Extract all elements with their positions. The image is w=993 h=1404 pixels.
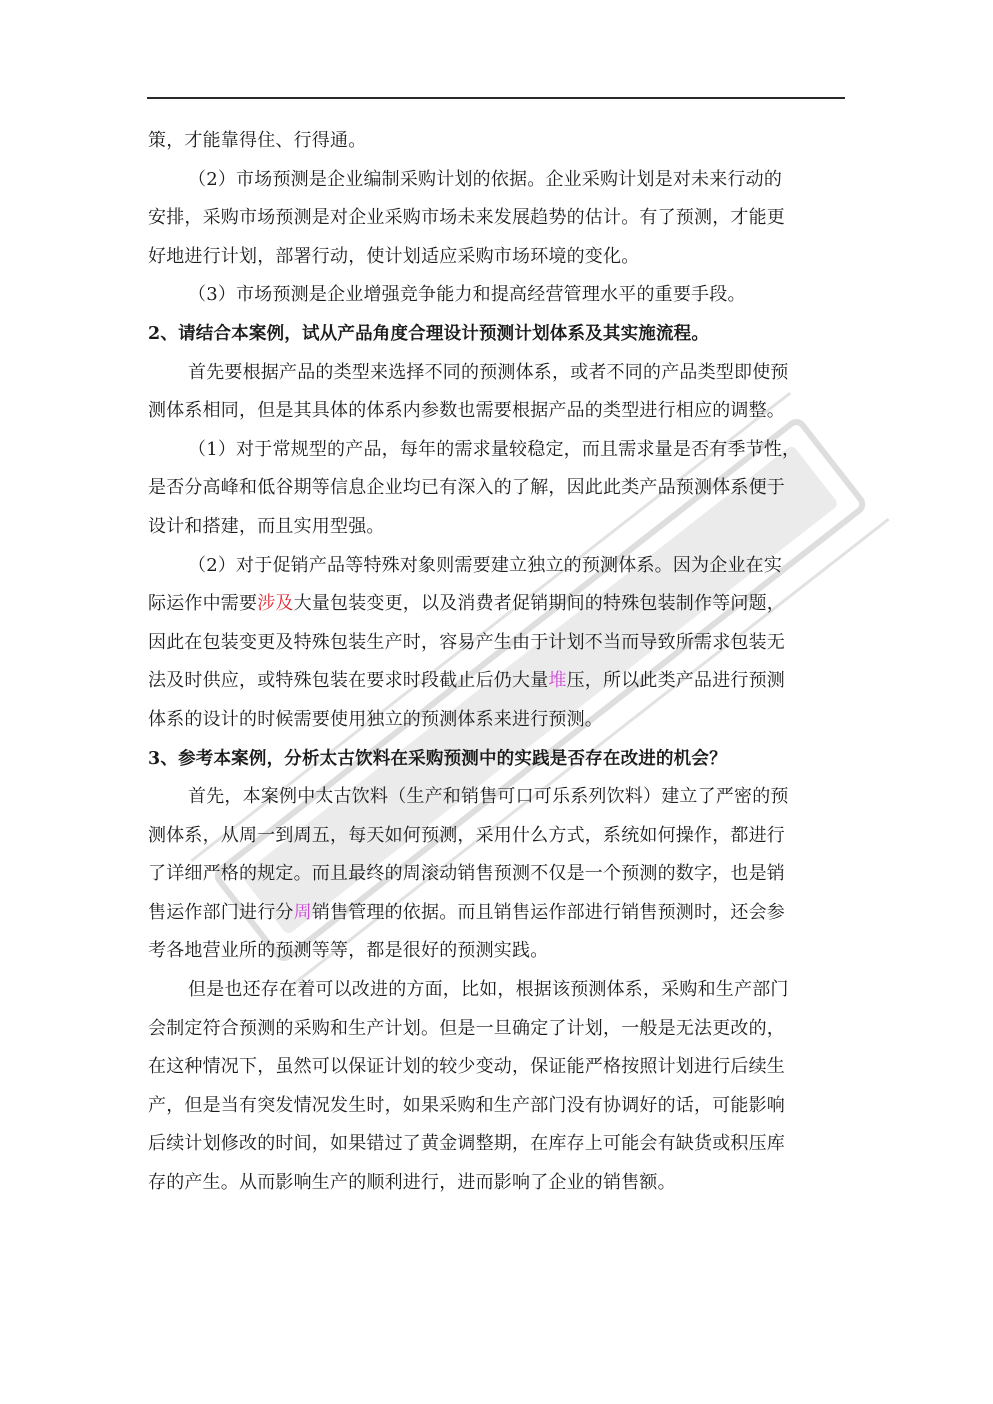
paragraph-line: 会制定符合预测的采购和生产计划。但是一旦确定了计划，一般是无法更改的， xyxy=(148,1010,845,1049)
paragraph-line: （1）对于常规型的产品，每年的需求量较稳定，而且需求量是否有季节性， xyxy=(148,431,845,470)
text-segment: 设计和搭建，而且实用型强。 xyxy=(148,516,385,537)
text-segment: 首先，本案例中太古饮料（生产和销售可口可乐系列饮料）建立了严密的预 xyxy=(188,786,789,807)
text-segment: 在这种情况下，虽然可以保证计划的较少变动，保证能严格按照计划进行后续生 xyxy=(148,1056,785,1077)
text-segment: 3、参考本案例，分析太古饮料在采购预测中的实践是否存在改进的机会？ xyxy=(148,749,727,769)
paragraph-line: 存的产生。从而影响生产的顺利进行，进而影响了企业的销售额。 xyxy=(148,1164,845,1203)
text-segment: （2）对于促销产品等特殊对象则需要建立独立的预测体系。因为企业在实 xyxy=(188,555,782,576)
paragraph-line: 测体系，从周一到周五，每天如何预测，采用什么方式，系统如何操作，都进行 xyxy=(148,817,845,856)
text-segment: （3）市场预测是企业增强竞争能力和提高经营管理水平的重要手段。 xyxy=(188,284,746,305)
paragraph-line: 际运作中需要涉及大量包装变更，以及消费者促销期间的特殊包装制作等问题， xyxy=(148,585,845,624)
paragraph-line: 因此在包装变更及特殊包装生产时，容易产生由于计划不当而导致所需求包装无 xyxy=(148,624,845,663)
highlighted-text: 涉及 xyxy=(257,593,293,614)
text-segment: 会制定符合预测的采购和生产计划。但是一旦确定了计划，一般是无法更改的， xyxy=(148,1018,785,1039)
section-heading: 2、请结合本案例，试从产品角度合理设计预测计划体系及其实施流程。 xyxy=(148,315,845,354)
highlighted-text: 堆 xyxy=(548,670,566,691)
paragraph-line: 产，但是当有突发情况发生时，如果采购和生产部门没有协调好的话，可能影响 xyxy=(148,1087,845,1126)
text-segment: （2）市场预测是企业编制采购计划的依据。企业采购计划是对未来行动的 xyxy=(188,169,782,190)
text-segment: 好地进行计划，部署行动，使计划适应采购市场环境的变化。 xyxy=(148,246,639,267)
paragraph-line: 好地进行计划，部署行动，使计划适应采购市场环境的变化。 xyxy=(148,238,845,277)
text-segment: 体系的设计的时候需要使用独立的预测体系来进行预测。 xyxy=(148,709,603,730)
text-segment: 存的产生。从而影响生产的顺利进行，进而影响了企业的销售额。 xyxy=(148,1172,676,1193)
text-segment: 际运作中需要 xyxy=(148,593,257,614)
document-body: 策，才能靠得住、行得通。（2）市场预测是企业编制采购计划的依据。企业采购计划是对… xyxy=(148,122,845,1203)
paragraph-line: （3）市场预测是企业增强竞争能力和提高经营管理水平的重要手段。 xyxy=(148,276,845,315)
text-segment: 安排，采购市场预测是对企业采购市场未来发展趋势的估计。有了预测，才能更 xyxy=(148,207,785,228)
paragraph-line: 在这种情况下，虽然可以保证计划的较少变动，保证能严格按照计划进行后续生 xyxy=(148,1048,845,1087)
highlighted-text: 周 xyxy=(294,902,312,923)
text-segment: 测体系相同，但是其具体的体系内参数也需要根据产品的类型进行相应的调整。 xyxy=(148,400,785,421)
paragraph-line: 了详细严格的规定。而且最终的周滚动销售预测不仅是一个预测的数字，也是销 xyxy=(148,855,845,894)
paragraph-line: 测体系相同，但是其具体的体系内参数也需要根据产品的类型进行相应的调整。 xyxy=(148,392,845,431)
paragraph-line: 但是也还存在着可以改进的方面，比如，根据该预测体系，采购和生产部门 xyxy=(148,971,845,1010)
header-rule xyxy=(147,97,845,99)
text-segment: 产，但是当有突发情况发生时，如果采购和生产部门没有协调好的话，可能影响 xyxy=(148,1095,785,1116)
paragraph-line: 售运作部门进行分周销售管理的依据。而且销售运作部进行销售预测时，还会参 xyxy=(148,894,845,933)
paragraph-line: （2）对于促销产品等特殊对象则需要建立独立的预测体系。因为企业在实 xyxy=(148,547,845,586)
paragraph-line: 体系的设计的时候需要使用独立的预测体系来进行预测。 xyxy=(148,701,845,740)
text-segment: 但是也还存在着可以改进的方面，比如，根据该预测体系，采购和生产部门 xyxy=(188,979,789,1000)
text-segment: 因此在包装变更及特殊包装生产时，容易产生由于计划不当而导致所需求包装无 xyxy=(148,632,785,653)
paragraph-line: 是否分高峰和低谷期等信息企业均已有深入的了解，因此此类产品预测体系便于 xyxy=(148,469,845,508)
section-heading: 3、参考本案例，分析太古饮料在采购预测中的实践是否存在改进的机会？ xyxy=(148,740,845,779)
text-segment: 售运作部门进行分 xyxy=(148,902,294,923)
paragraph-line: 考各地营业所的预测等等，都是很好的预测实践。 xyxy=(148,932,845,971)
text-segment: 了详细严格的规定。而且最终的周滚动销售预测不仅是一个预测的数字，也是销 xyxy=(148,863,785,884)
paragraph-line: （2）市场预测是企业编制采购计划的依据。企业采购计划是对未来行动的 xyxy=(148,161,845,200)
text-segment: 压，所以此类产品进行预测 xyxy=(567,670,785,691)
text-segment: 是否分高峰和低谷期等信息企业均已有深入的了解，因此此类产品预测体系便于 xyxy=(148,477,785,498)
paragraph-line: 安排，采购市场预测是对企业采购市场未来发展趋势的估计。有了预测，才能更 xyxy=(148,199,845,238)
text-segment: （1）对于常规型的产品，每年的需求量较稳定，而且需求量是否有季节性， xyxy=(188,439,800,460)
text-segment: 大量包装变更，以及消费者促销期间的特殊包装制作等问题， xyxy=(294,593,785,614)
text-segment: 测体系，从周一到周五，每天如何预测，采用什么方式，系统如何操作，都进行 xyxy=(148,825,785,846)
paragraph-line: 设计和搭建，而且实用型强。 xyxy=(148,508,845,547)
text-segment: 2、请结合本案例，试从产品角度合理设计预测计划体系及其实施流程。 xyxy=(148,324,709,344)
text-segment: 后续计划修改的时间，如果错过了黄金调整期，在库存上可能会有缺货或积压库 xyxy=(148,1133,785,1154)
text-segment: 考各地营业所的预测等等，都是很好的预测实践。 xyxy=(148,940,548,961)
text-segment: 法及时供应，或特殊包装在要求时段截止后仍大量 xyxy=(148,670,548,691)
paragraph-line: 法及时供应，或特殊包装在要求时段截止后仍大量堆压，所以此类产品进行预测 xyxy=(148,662,845,701)
text-segment: 策，才能靠得住、行得通。 xyxy=(148,130,366,151)
text-segment: 首先要根据产品的类型来选择不同的预测体系，或者不同的产品类型即使预 xyxy=(188,362,789,383)
paragraph-line: 首先，本案例中太古饮料（生产和销售可口可乐系列饮料）建立了严密的预 xyxy=(148,778,845,817)
paragraph-line: 后续计划修改的时间，如果错过了黄金调整期，在库存上可能会有缺货或积压库 xyxy=(148,1125,845,1164)
text-segment: 销售管理的依据。而且销售运作部进行销售预测时，还会参 xyxy=(312,902,785,923)
paragraph-line: 首先要根据产品的类型来选择不同的预测体系，或者不同的产品类型即使预 xyxy=(148,354,845,393)
paragraph-line: 策，才能靠得住、行得通。 xyxy=(148,122,845,161)
